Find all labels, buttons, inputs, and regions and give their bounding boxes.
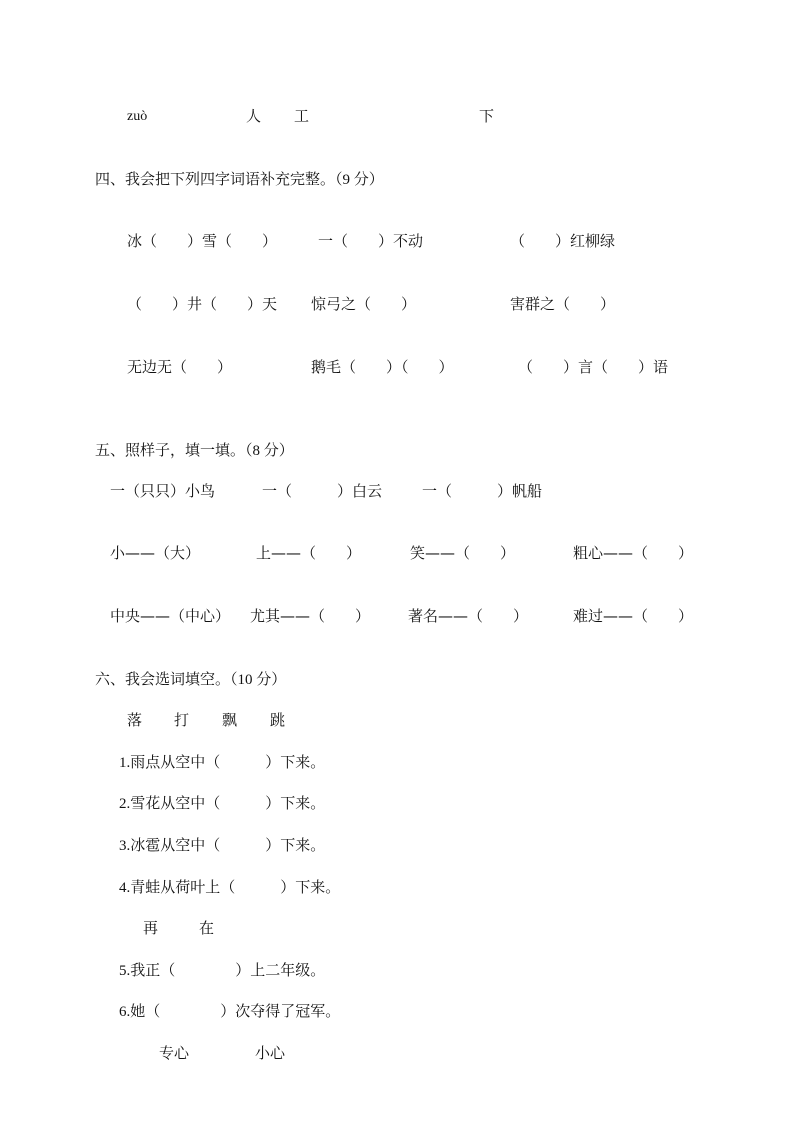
char-xia: 下 [479,107,494,125]
word-bank-option: 专心 [159,1044,189,1062]
idiom-fill-blank: 害群之（ ） [510,295,615,313]
section-4-title: 四、我会把下列四字词语补充完整。 [95,170,335,188]
idiom-fill-blank: 鹅毛（ ）（ ） [311,358,454,376]
fill-item-4: 4.青蛙从荷叶上（ ）下来。 [119,878,340,897]
word-bank-option: 再 [143,919,158,937]
item-text: 青蛙从荷叶上（ ）下来。 [130,878,340,896]
item-text: 雨点从空中（ ）下来。 [130,753,325,771]
fill-item-6: 6.她（ ）次夺得了冠军。 [119,1002,340,1021]
section-5-heading: 五、照样子，填一填。（8 分） [95,441,294,460]
fill-item-5: 5.我正（ ）上二年级。 [119,961,325,980]
idiom-fill-blank: 一（ ）不动 [318,232,423,250]
section-6-heading: 六、我会选词填空。（10 分） [95,670,286,689]
synonym-example: 中央——（中心） [110,607,230,625]
item-number: 6. [119,1004,130,1020]
antonym-blank: 笑——（ ） [410,544,515,562]
synonym-blank: 尤其——（ ） [250,607,370,625]
item-number: 4. [119,880,130,896]
section-6-title: 六、我会选词填空。 [95,670,230,688]
char-ren: 人 [246,107,261,125]
char-gong: 工 [294,107,309,125]
item-number: 3. [119,838,130,854]
synonym-blank: 难过——（ ） [573,607,693,625]
word-bank-option: 打 [174,711,189,729]
idiom-fill-blank: （ ）红柳绿 [510,232,615,250]
fill-item-2: 2.雪花从空中（ ）下来。 [119,794,325,813]
section-4-score: （9 分） [335,172,384,188]
pinyin-zuo: zuò [127,108,147,126]
section-6-score: （10 分） [230,672,286,688]
word-bank-option: 跳 [270,711,285,729]
antonym-example: 小——（大） [110,544,200,562]
section-5-score: （8 分） [245,443,294,459]
section-4-heading: 四、我会把下列四字词语补充完整。（9 分） [95,170,384,189]
antonym-blank: 粗心——（ ） [573,544,693,562]
word-bank-option: 小心 [255,1044,285,1062]
measure-word-example: 一（只只）小鸟 [110,482,215,500]
item-number: 5. [119,963,130,979]
item-number: 2. [119,796,130,812]
idiom-fill-blank: （ ）言（ ）语 [518,358,668,376]
fill-item-3: 3.冰雹从空中（ ）下来。 [119,836,325,855]
fill-item-1: 1.雨点从空中（ ）下来。 [119,753,325,772]
word-bank-option: 在 [199,919,214,937]
item-text: 我正（ ）上二年级。 [130,961,325,979]
measure-word-blank: 一（ ）白云 [262,482,382,500]
item-number: 1. [119,755,130,771]
idiom-fill-blank: 惊弓之（ ） [311,295,416,313]
idiom-fill-blank: 冰（ ）雪（ ） [127,232,277,250]
item-text: 冰雹从空中（ ）下来。 [130,836,325,854]
antonym-blank: 上——（ ） [256,544,361,562]
word-bank-option: 飘 [222,711,237,729]
item-text: 她（ ）次夺得了冠军。 [130,1002,340,1020]
section-5-title: 五、照样子，填一填。 [95,441,245,459]
item-text: 雪花从空中（ ）下来。 [130,794,325,812]
synonym-blank: 著名——（ ） [408,607,528,625]
idiom-fill-blank: 无边无（ ） [127,358,232,376]
measure-word-blank: 一（ ）帆船 [422,482,542,500]
idiom-fill-blank: （ ）井（ ）天 [127,295,277,313]
word-bank-option: 落 [127,711,142,729]
